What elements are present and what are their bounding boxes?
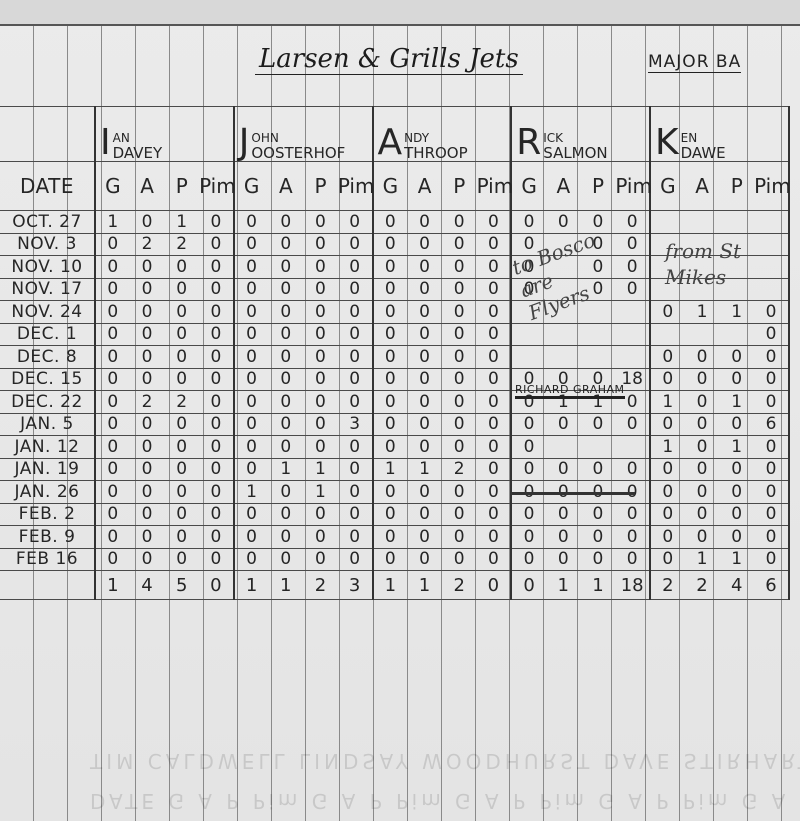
stat-value: 0 (199, 301, 234, 324)
stat-value: 0 (303, 278, 338, 301)
stat-header: Pim (615, 162, 650, 211)
stat-value: 0 (546, 548, 581, 571)
total-value: 1 (407, 571, 442, 600)
stat-value: 0 (477, 458, 512, 481)
stat-value: 0 (754, 503, 789, 526)
stat-value: 0 (442, 391, 477, 414)
stat-value: 0 (442, 436, 477, 459)
player-initial: A (378, 125, 403, 161)
stat-value: 0 (373, 548, 408, 571)
stat-value: 0 (407, 278, 442, 301)
stat-value: 0 (303, 503, 338, 526)
stat-value: 0 (268, 301, 303, 324)
stat-value: 0 (407, 391, 442, 414)
stat-value: 0 (546, 526, 581, 549)
stat-value: 0 (581, 458, 616, 481)
stat-value: 1 (719, 301, 754, 324)
stat-value: 0 (303, 391, 338, 414)
stat-value: 0 (130, 256, 165, 279)
stat-value: 0 (477, 526, 512, 549)
stat-header: G (95, 162, 130, 211)
stat-value: 0 (303, 211, 338, 234)
stat-value: 0 (338, 481, 373, 504)
stat-value: 0 (754, 301, 789, 324)
total-value: 1 (373, 571, 408, 600)
stat-value: 0 (754, 526, 789, 549)
stat-value: 0 (234, 503, 269, 526)
stat-value: 0 (373, 481, 408, 504)
stat-value: 0 (546, 413, 581, 436)
stat-value: 0 (130, 368, 165, 391)
stat-value: 0 (373, 346, 408, 369)
game-date: DEC. 1 (0, 323, 95, 346)
stat-value: 0 (754, 346, 789, 369)
game-date: NOV. 3 (0, 233, 95, 256)
stat-value: 0 (442, 548, 477, 571)
stat-value: 0 (477, 503, 512, 526)
stat-value: 0 (511, 211, 546, 234)
player-name-cell: KENDAWE (650, 107, 789, 162)
stat-value (615, 346, 650, 369)
stat-value (615, 323, 650, 346)
stat-value: 0 (477, 256, 512, 279)
player-name-cell: ANDYTHROOP (373, 107, 512, 162)
stat-value: 0 (477, 436, 512, 459)
stat-value: 0 (754, 368, 789, 391)
stat-value: 0 (303, 323, 338, 346)
stat-value: 0 (650, 526, 685, 549)
stat-value (754, 211, 789, 234)
stat-value (581, 346, 616, 369)
stat-value: 0 (199, 526, 234, 549)
stat-value: 0 (754, 436, 789, 459)
stat-value: 0 (199, 458, 234, 481)
stat-header: A (546, 162, 581, 211)
stat-value: 0 (199, 391, 234, 414)
stat-value: 0 (303, 256, 338, 279)
team-title: Larsen & Grills Jets (255, 44, 523, 75)
stat-value: 2 (164, 233, 199, 256)
player-name-rest: NDYTHROOP (404, 131, 468, 161)
stat-value (546, 323, 581, 346)
stat-value: 0 (442, 368, 477, 391)
player-last-name: THROOP (404, 146, 468, 161)
stat-value: 0 (338, 256, 373, 279)
stat-value: 0 (407, 548, 442, 571)
stat-value: 0 (130, 458, 165, 481)
game-date: JAN. 19 (0, 458, 95, 481)
stat-value: 0 (95, 278, 130, 301)
stat-value: 0 (685, 436, 720, 459)
game-date: OCT. 27 (0, 211, 95, 234)
stat-value: 0 (268, 436, 303, 459)
stat-value: 0 (407, 413, 442, 436)
stat-value: 1 (719, 548, 754, 571)
game-row: JAN. 2600001010000000000000 (0, 481, 789, 504)
stat-value: 1 (95, 211, 130, 234)
stat-value: 0 (268, 323, 303, 346)
stat-value: 0 (164, 548, 199, 571)
player-name-rest: OHNOOSTERHOF (251, 131, 345, 161)
stat-value: 0 (581, 526, 616, 549)
stat-value: 0 (130, 548, 165, 571)
stat-value: 0 (719, 458, 754, 481)
stat-value: 1 (373, 458, 408, 481)
stat-value: 2 (442, 458, 477, 481)
stat-value: 0 (268, 503, 303, 526)
player-initial: I (100, 125, 111, 161)
stat-value: 0 (581, 503, 616, 526)
stat-value: 0 (130, 278, 165, 301)
player-name-cell: IANDAVEY (95, 107, 234, 162)
stat-value: 0 (95, 458, 130, 481)
stat-value: 0 (234, 278, 269, 301)
stat-value: 0 (615, 526, 650, 549)
game-row: OCT. 271010000000000000 (0, 211, 789, 234)
stat-value: 0 (581, 413, 616, 436)
stat-value: 0 (268, 548, 303, 571)
game-date: DEC. 22 (0, 391, 95, 414)
stat-value (581, 436, 616, 459)
stat-value: 0 (407, 346, 442, 369)
stat-value: 0 (511, 548, 546, 571)
stat-value: 0 (338, 436, 373, 459)
stat-value: 0 (303, 368, 338, 391)
total-value: 2 (442, 571, 477, 600)
stat-value: 0 (373, 301, 408, 324)
stat-header: Pim (754, 162, 789, 211)
stat-value: 0 (234, 458, 269, 481)
stat-value: 0 (164, 413, 199, 436)
stat-value: 0 (685, 368, 720, 391)
stat-value: 0 (373, 256, 408, 279)
stat-value: 0 (546, 503, 581, 526)
stat-value: 0 (338, 458, 373, 481)
stat-value: 0 (234, 211, 269, 234)
stat-value: 0 (442, 503, 477, 526)
stat-value: 0 (199, 436, 234, 459)
stat-value: 0 (546, 458, 581, 481)
total-value: 2 (650, 571, 685, 600)
stat-value: 0 (199, 278, 234, 301)
stat-value: 0 (615, 503, 650, 526)
stat-header: A (685, 162, 720, 211)
game-row: DEC. 10000000000000 (0, 323, 789, 346)
stat-value: 0 (477, 481, 512, 504)
stat-value: 0 (268, 256, 303, 279)
stat-value: 0 (268, 211, 303, 234)
stat-value: 0 (719, 413, 754, 436)
stat-value: 1 (650, 391, 685, 414)
total-value: 2 (303, 571, 338, 600)
stat-value: 1 (268, 458, 303, 481)
stat-value (719, 323, 754, 346)
stat-value: 0 (164, 346, 199, 369)
total-value: 5 (164, 571, 199, 600)
total-value: 1 (234, 571, 269, 600)
stat-value: 0 (615, 211, 650, 234)
stat-value: 0 (615, 233, 650, 256)
stat-value: 3 (338, 413, 373, 436)
game-date: FEB. 2 (0, 503, 95, 526)
total-value: 0 (511, 571, 546, 600)
stat-value: 0 (407, 436, 442, 459)
stat-value: 0 (164, 368, 199, 391)
stat-value: 0 (477, 323, 512, 346)
stat-value: 0 (164, 458, 199, 481)
player-name: KENDAWE (651, 107, 788, 161)
stat-value: 0 (338, 301, 373, 324)
total-value: 1 (95, 571, 130, 600)
game-row: DEC. 15000000000000000180000 (0, 368, 789, 391)
stat-value: 0 (477, 211, 512, 234)
stat-value: 0 (442, 346, 477, 369)
stat-value: 0 (234, 548, 269, 571)
total-value: 3 (338, 571, 373, 600)
blank-cell (0, 571, 95, 600)
stat-header: Pim (338, 162, 373, 211)
stat-value: 0 (130, 323, 165, 346)
stat-header: Pim (199, 162, 234, 211)
player-names-row: IANDAVEYJOHNOOSTERHOFANDYTHROOPRICKSALMO… (0, 107, 789, 162)
stat-value: 0 (477, 368, 512, 391)
stat-value: 0 (234, 301, 269, 324)
stat-value: 0 (268, 413, 303, 436)
stat-value: 0 (685, 391, 720, 414)
stat-value: 0 (685, 413, 720, 436)
stat-value: 0 (95, 301, 130, 324)
stat-value: 0 (95, 391, 130, 414)
stat-value: 0 (303, 233, 338, 256)
stat-value: 0 (303, 301, 338, 324)
stat-value: 0 (719, 526, 754, 549)
stat-value: 0 (546, 211, 581, 234)
stat-value: 0 (164, 503, 199, 526)
stat-value: 0 (407, 323, 442, 346)
stat-value: 0 (754, 548, 789, 571)
player-name: IANDAVEY (96, 107, 233, 161)
stat-value: 0 (754, 323, 789, 346)
stat-header: G (650, 162, 685, 211)
stat-header: G (234, 162, 269, 211)
player-name-cell: RICKSALMON (511, 107, 650, 162)
stat-value: 0 (407, 526, 442, 549)
note-ken-from: from St Mikes (665, 238, 800, 290)
stat-value: 0 (719, 481, 754, 504)
stat-value: 0 (130, 503, 165, 526)
stat-value: 0 (303, 436, 338, 459)
stat-value: 0 (373, 233, 408, 256)
stat-value: 0 (338, 278, 373, 301)
stat-value: 0 (95, 323, 130, 346)
stat-value: 1 (234, 481, 269, 504)
stat-value: 0 (754, 458, 789, 481)
stat-value: 0 (234, 233, 269, 256)
stat-value: 0 (303, 526, 338, 549)
stat-value (650, 323, 685, 346)
stat-value: 0 (650, 368, 685, 391)
stat-header: P (303, 162, 338, 211)
stat-header: P (442, 162, 477, 211)
stat-value: 0 (338, 346, 373, 369)
player-name-rest: ICKSALMON (543, 131, 607, 161)
stat-value: 0 (199, 323, 234, 346)
stat-value: 0 (199, 481, 234, 504)
player-name-cell: JOHNOOSTERHOF (234, 107, 373, 162)
stat-value (719, 211, 754, 234)
stat-header: A (130, 162, 165, 211)
game-date: NOV. 10 (0, 256, 95, 279)
stat-value: 0 (754, 391, 789, 414)
stat-value: 0 (164, 481, 199, 504)
stat-value: 0 (442, 481, 477, 504)
stat-value: 0 (95, 481, 130, 504)
stat-value: 0 (615, 548, 650, 571)
player-last-name: DAWE (681, 146, 726, 161)
stat-value: 0 (234, 368, 269, 391)
stat-value: 0 (338, 526, 373, 549)
stat-value: 0 (199, 413, 234, 436)
stat-value: 2 (130, 233, 165, 256)
player-name: ANDYTHROOP (374, 107, 511, 161)
stat-value: 1 (650, 436, 685, 459)
stat-header: P (719, 162, 754, 211)
stat-value: 0 (95, 526, 130, 549)
stat-value: 0 (95, 256, 130, 279)
stat-value: 0 (338, 503, 373, 526)
stat-value (650, 211, 685, 234)
stat-header-row: DATEGAPPimGAPPimGAPPimGAPPimGAPPim (0, 162, 789, 211)
stat-value: 0 (650, 458, 685, 481)
stat-value: 0 (130, 526, 165, 549)
stat-value: 0 (268, 233, 303, 256)
stat-value: 0 (199, 211, 234, 234)
blank-cell (0, 107, 95, 162)
total-value: 4 (130, 571, 165, 600)
strikethrough-mark (510, 492, 635, 495)
total-value: 4 (719, 571, 754, 600)
stat-value: 0 (719, 346, 754, 369)
stat-value: 0 (477, 278, 512, 301)
stat-value: 0 (442, 278, 477, 301)
stat-value: 0 (373, 211, 408, 234)
stat-value: 0 (199, 503, 234, 526)
player-name: JOHNOOSTERHOF (235, 107, 372, 161)
stat-value: 0 (511, 413, 546, 436)
game-date: DEC. 15 (0, 368, 95, 391)
stat-value: 0 (268, 526, 303, 549)
stat-value: 0 (234, 526, 269, 549)
stat-value: 0 (685, 458, 720, 481)
stat-value: 0 (442, 233, 477, 256)
stat-value: 0 (130, 436, 165, 459)
stat-value: 0 (477, 346, 512, 369)
stat-header: P (581, 162, 616, 211)
stat-value: 0 (407, 368, 442, 391)
stat-value: 0 (477, 548, 512, 571)
stat-value (546, 436, 581, 459)
stat-value: 1 (303, 458, 338, 481)
stat-value: 0 (303, 413, 338, 436)
player-last-name: DAVEY (113, 146, 163, 161)
total-value: 1 (581, 571, 616, 600)
game-row: NOV. 240000000000000110 (0, 301, 789, 324)
stat-value: 0 (442, 211, 477, 234)
stat-value: 0 (650, 346, 685, 369)
stat-value: 0 (95, 548, 130, 571)
date-header: DATE (0, 162, 95, 211)
game-row: FEB 1600000000000000000110 (0, 548, 789, 571)
stat-header: A (407, 162, 442, 211)
total-value: 6 (754, 571, 789, 600)
stat-value: 2 (164, 391, 199, 414)
stat-value: 0 (268, 368, 303, 391)
stat-value: 0 (95, 233, 130, 256)
player-name-rest: ANDAVEY (113, 131, 163, 161)
stat-value: 6 (754, 413, 789, 436)
stat-value: 0 (477, 391, 512, 414)
stat-value: 0 (511, 458, 546, 481)
stat-value: 0 (373, 526, 408, 549)
stat-value: 1 (303, 481, 338, 504)
stat-value (581, 323, 616, 346)
stat-value: 0 (95, 368, 130, 391)
stat-value: 0 (338, 211, 373, 234)
stat-value: 0 (338, 548, 373, 571)
stat-value: 0 (234, 323, 269, 346)
stat-value: 0 (338, 233, 373, 256)
stat-value: 2 (130, 391, 165, 414)
player-initial: K (655, 125, 679, 161)
stat-value: 0 (130, 481, 165, 504)
total-value: 2 (685, 571, 720, 600)
stat-value: 0 (650, 548, 685, 571)
game-row: FEB. 900000000000000000000 (0, 526, 789, 549)
game-date: JAN. 12 (0, 436, 95, 459)
game-date: JAN. 26 (0, 481, 95, 504)
stat-value: 0 (234, 436, 269, 459)
stat-value: 0 (373, 368, 408, 391)
stat-value: 0 (234, 391, 269, 414)
stat-value: 0 (407, 211, 442, 234)
page-top-band (0, 0, 800, 26)
stat-value: 0 (199, 368, 234, 391)
stat-value: 0 (303, 548, 338, 571)
stat-value: 0 (685, 503, 720, 526)
stat-value: 0 (442, 301, 477, 324)
stat-value: 0 (164, 436, 199, 459)
stat-value: 0 (719, 503, 754, 526)
stat-value: 0 (95, 346, 130, 369)
stat-value: 0 (268, 391, 303, 414)
stat-header: P (164, 162, 199, 211)
stat-value: 0 (407, 503, 442, 526)
stat-value: 1 (685, 548, 720, 571)
stat-value: 1 (685, 301, 720, 324)
total-value: 18 (615, 571, 650, 600)
stat-value (511, 346, 546, 369)
stat-value: 0 (303, 346, 338, 369)
league-title: MAJOR BA (648, 52, 741, 73)
stat-value: 0 (234, 346, 269, 369)
stat-value: 0 (442, 413, 477, 436)
stat-header: A (268, 162, 303, 211)
game-date: NOV. 17 (0, 278, 95, 301)
stat-value: 0 (164, 256, 199, 279)
stat-value: 0 (373, 323, 408, 346)
stat-value: 0 (650, 301, 685, 324)
stat-value: 0 (234, 256, 269, 279)
